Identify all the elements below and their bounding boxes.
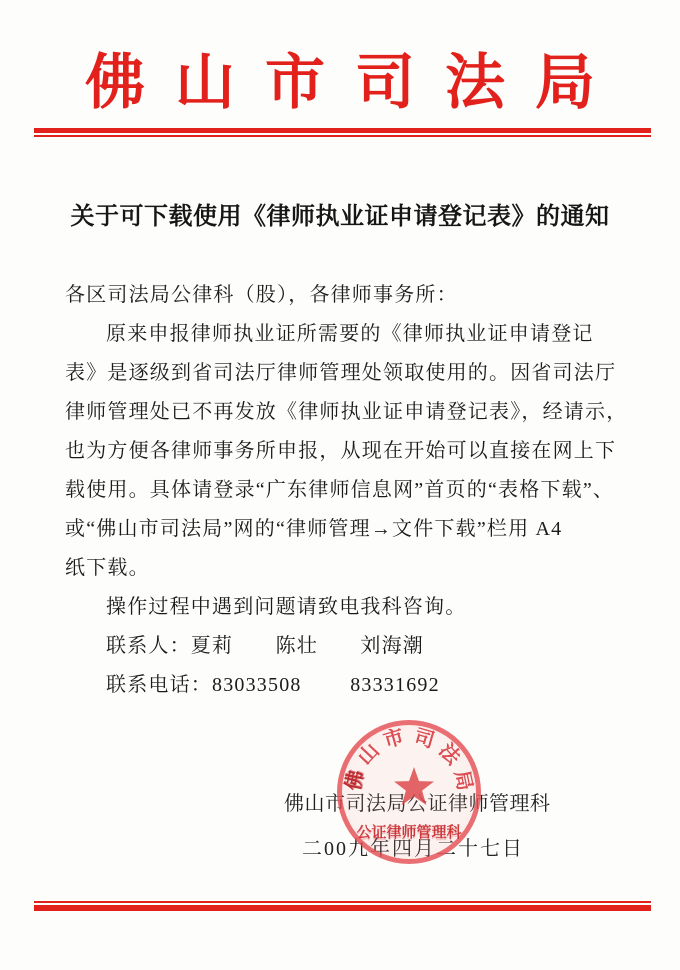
body-line: 或“佛山市司法局”网的“律师管理→文件下载”栏用 A4: [65, 510, 617, 549]
scanned-notice-document: 佛山市司法局 关于可下载使用《律师执业证申请登记表》的通知 各区司法局公律科（股…: [0, 0, 680, 970]
seal-arc-char: 司: [412, 727, 437, 752]
body-line: 载使用。具体请登录“广东律师信息网”首页的“表格下载”、: [65, 471, 617, 510]
body-line: 表》是逐级到省司法厅律师管理处领取使用的。因省司法厅: [65, 354, 617, 393]
body-line: 各区司法局公律科（股），各律师事务所：: [65, 276, 617, 315]
body-line: 操作过程中遇到问题请致电我科咨询。: [65, 588, 617, 627]
footer-rule-thin: [34, 901, 651, 903]
seal-bottom-text: 公证律师管理科: [356, 821, 461, 842]
document-title: 关于可下载使用《律师执业证申请登记表》的通知: [0, 196, 680, 231]
body-line: 联系人：夏莉 陈壮 刘海潮: [65, 627, 617, 666]
seal-arc-char: 法: [435, 740, 463, 768]
letterhead-rule-thin: [34, 135, 651, 137]
body-line: 原来申报律师执业证所需要的《律师执业证申请登记: [65, 315, 617, 354]
body-line: 也为方便各律师事务所申报，从现在开始可以直接在网上下: [65, 432, 617, 471]
body-text: 各区司法局公律科（股），各律师事务所：原来申报律师执业证所需要的《律师执业证申请…: [65, 276, 617, 705]
seal-arc-char: 局: [451, 769, 475, 793]
footer-rule-thick: [34, 905, 651, 911]
body-line: 律师管理处已不再发放《律师执业证申请登记表》，经请示，: [65, 393, 617, 432]
seal-arc-char: 佛: [343, 769, 367, 793]
seal-star-icon: [393, 767, 435, 807]
body-line: 纸下载。: [65, 549, 617, 588]
seal-arc-char: 市: [381, 727, 406, 752]
body-line: 联系电话：83033508 83331692: [65, 666, 617, 705]
letterhead-org-name: 佛山市司法局: [0, 50, 680, 116]
seal-arc-char: 山: [355, 740, 383, 768]
official-seal: 公证律师管理科 佛山市司法局: [337, 720, 481, 864]
letterhead-rule-thick: [34, 128, 651, 133]
